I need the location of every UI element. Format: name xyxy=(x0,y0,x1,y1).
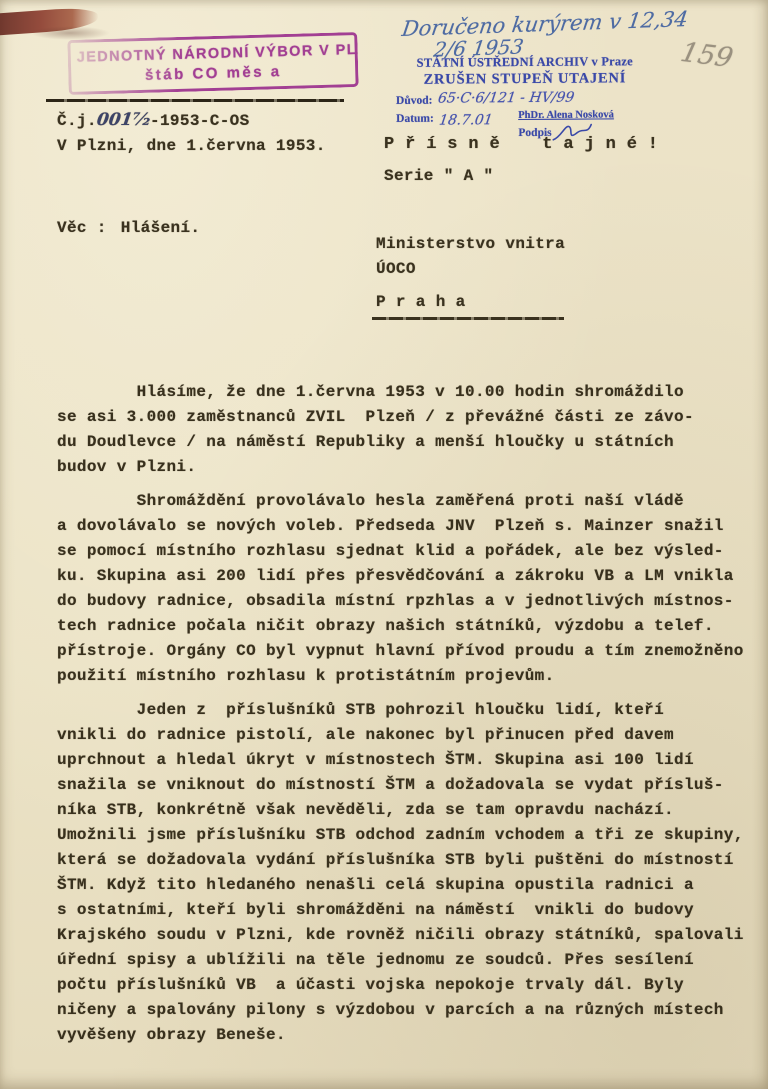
recipient-department: ÚOCO xyxy=(376,260,416,278)
body-paragraph: Shromáždění provolávalo hesla zaměřená p… xyxy=(57,489,747,689)
text-line: Krajského soudu v Plzni, kde rovněž niči… xyxy=(57,923,747,948)
archive-stamp-subtitle: ZRUŠEN STUPEŇ UTAJENÍ xyxy=(396,70,654,89)
text-line: snažila se vniknout do místností ŠTM a d… xyxy=(57,773,747,798)
text-line: ničeny a spalovány pilony s výzdobou v p… xyxy=(57,998,747,1023)
ink-smudge xyxy=(30,26,110,40)
reference-prefix: Č.j. xyxy=(57,112,97,130)
archivist-name: PhDr. Alena Nosková xyxy=(518,109,614,121)
letter-body: Hlásíme, že dne 1.června 1953 v 10.00 ho… xyxy=(57,380,747,1057)
body-paragraph: Jeden z příslušníků STB pohrozil hloučku… xyxy=(57,698,747,1048)
text-line: uprchnout a hledal úkryt v místnostech Š… xyxy=(57,748,747,773)
recipient-ministry: Ministerstvo vnitra xyxy=(376,235,565,253)
text-line: tech radnice počala ničit obrazy našich … xyxy=(57,614,747,639)
reason-label: Důvod: xyxy=(396,95,433,107)
classification-top-secret: P ř í s n ě t a j n é ! xyxy=(384,135,658,154)
date-handwritten-value: 18.7.01 xyxy=(438,112,494,128)
typed-separator-line xyxy=(46,99,344,102)
text-line: přístroje. Orgány CO byl vypnut hlavní p… xyxy=(57,639,747,664)
text-line: počtu příslušníků VB a účasti vojska nep… xyxy=(57,973,747,998)
reference-number-line: Č.j.001⁷⁄₂-1953-C-OS xyxy=(57,110,250,130)
reference-suffix: -1953-C-OS xyxy=(150,112,250,130)
reason-handwritten-value: 65·C·6/121 - HV/99 xyxy=(437,90,575,107)
text-line: budov v Plzni. xyxy=(57,455,747,480)
reference-handwritten-number: 001⁷⁄₂ xyxy=(95,110,151,130)
subject-value: Hlášení. xyxy=(121,219,201,237)
text-line: du Doudlevce / na náměstí Republiky a me… xyxy=(57,430,747,455)
text-line: která se dožadovala vydání příslušníka S… xyxy=(57,848,747,873)
text-line: vnikli do radnice pistolí, ale nakonec b… xyxy=(57,723,747,748)
archive-stamp-title: STÁTNÍ ÚSTŘEDNÍ ARCHIV v Praze xyxy=(396,54,654,71)
sender-rubber-stamp: JEDNOTNÝ NÁRODNÍ VÝBOR V PLZNI štáb CO m… xyxy=(67,32,358,95)
text-line: do budovy radnice, obsadila místní rpzhl… xyxy=(57,589,747,614)
classification-series: Serie " A " xyxy=(384,167,493,185)
sender-stamp-unit: štáb CO měs a xyxy=(77,61,349,86)
text-line: použití místního rozhlasu k protistátním… xyxy=(57,664,747,689)
text-line: ku. Skupina asi 200 lidí přes přesvědčov… xyxy=(57,564,747,589)
text-line: se asi 3.000 zaměstnanců ZVIL Plzeň / z … xyxy=(57,405,747,430)
handwritten-delivery-note: Doručeno kurýrem v 12,34 xyxy=(400,7,689,41)
recipient-city: P r a h a xyxy=(376,293,466,311)
text-line: s ostatními, kteří byli shromážděni na n… xyxy=(57,898,747,923)
text-line: vyvěšeny obrazy Beneše. xyxy=(57,1023,747,1048)
scanned-document-page: JEDNOTNÝ NÁRODNÍ VÝBOR V PLZNI štáb CO m… xyxy=(0,0,768,1089)
recipient-underline xyxy=(372,317,564,320)
subject-label: Věc : xyxy=(57,219,107,237)
text-line: Hlásíme, že dne 1.června 1953 v 10.00 ho… xyxy=(57,380,747,405)
text-line: Jeden z příslušníků STB pohrozil hloučku… xyxy=(57,698,747,723)
text-line: Shromáždění provolávalo hesla zaměřená p… xyxy=(57,489,747,514)
text-line: Umožnili jsme příslušníku STB odchod zad… xyxy=(57,823,747,848)
dateline: V Plzni, dne 1.června 1953. xyxy=(57,137,326,155)
text-line: ŠTM. Když tito hledaného nenašli celá sk… xyxy=(57,873,747,898)
text-line: se pomocí místního rozhlasu sjednat klid… xyxy=(57,539,747,564)
subject-line: Věc :Hlášení. xyxy=(57,219,200,237)
text-line: níka STB, konkrétně však nevěděli, zda s… xyxy=(57,798,747,823)
text-line: a dovolávalo se nových voleb. Předseda J… xyxy=(57,514,747,539)
pencil-archival-number: 159 xyxy=(678,37,736,74)
archive-declassification-stamp: STÁTNÍ ÚSTŘEDNÍ ARCHIV v Praze ZRUŠEN ST… xyxy=(396,54,655,144)
date-label: Datum: xyxy=(396,113,434,125)
body-paragraph: Hlásíme, že dne 1.června 1953 v 10.00 ho… xyxy=(57,380,747,480)
text-line: úřední spisy a ublížili na těle jednomu … xyxy=(57,948,747,973)
archive-stamp-reason-row: Důvod: 65·C·6/121 - HV/99 xyxy=(396,89,654,107)
